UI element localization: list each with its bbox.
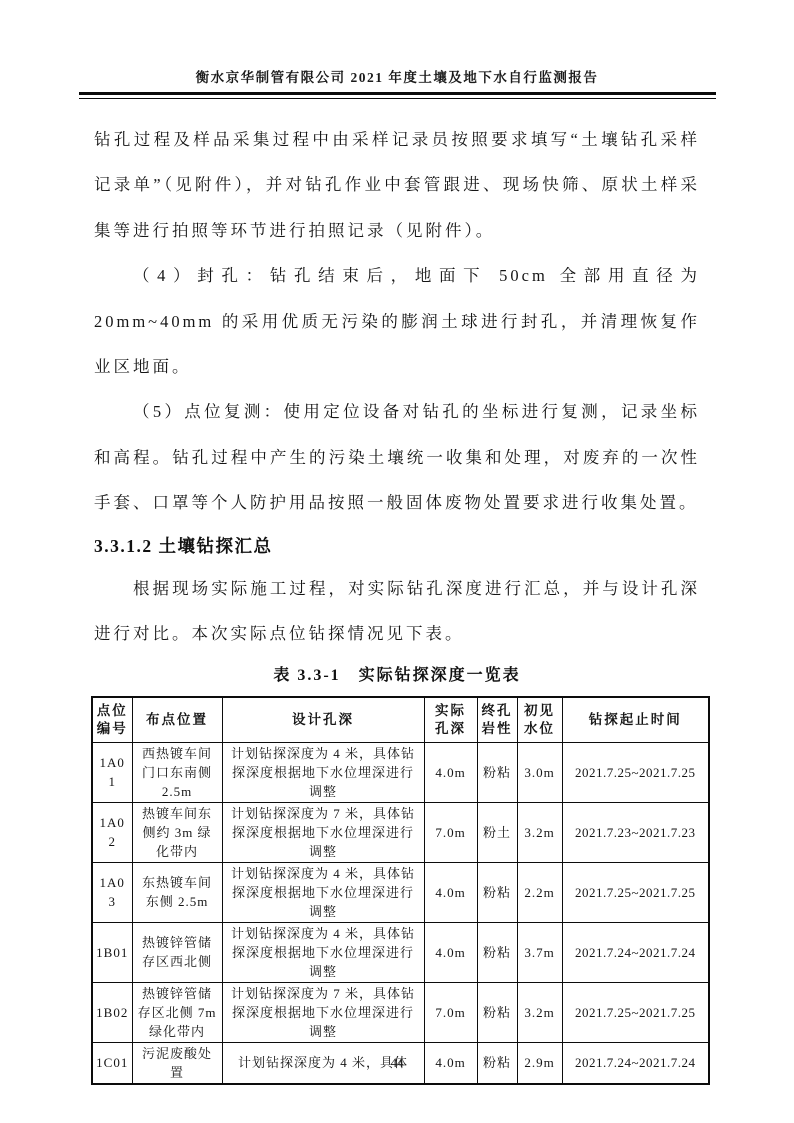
cell-point-id: 1B02 [92,982,132,1042]
cell-water-level: 3.2m [517,982,562,1042]
cell-location: 东热镀车间东侧 2.5m [132,862,222,922]
cell-drill-dates: 2021.7.25~2021.7.25 [562,982,709,1042]
drill-depth-table: 点位编号布点位置设计孔深实际孔深终孔岩性初见水位钻探起止时间 1A01西热镀车间… [91,696,710,1085]
cell-location: 热镀车间东侧约 3m 绿化带内 [132,802,222,862]
top-spacer [94,98,700,117]
cell-final-lithology: 粉粘 [477,922,517,982]
table-row-1A03: 1A03东热镀车间东侧 2.5m计划钻探深度为 4 米，具体钻探深度根据地下水位… [92,862,709,922]
paragraph-drilling-records: 钻孔过程及样品采集过程中由采样记录员按照要求填写“土壤钻孔采样记录单”（见附件）… [94,117,700,253]
cell-drill-dates: 2021.7.24~2021.7.24 [562,922,709,982]
cell-actual-depth: 4.0m [424,742,477,802]
table-row-1B01: 1B01热镀锌管储存区西北侧计划钻探深度为 4 米，具体钻探深度根据地下水位埋深… [92,922,709,982]
cell-drill-dates: 2021.7.25~2021.7.25 [562,742,709,802]
column-header-1: 布点位置 [132,697,222,742]
cell-drill-dates: 2021.7.25~2021.7.25 [562,862,709,922]
cell-design-depth: 计划钻探深度为 4 米，具体钻探深度根据地下水位埋深进行调整 [222,922,424,982]
report-header-title: 衡水京华制管有限公司 2021 年度土壤及地下水自行监测报告 [0,0,794,86]
paragraph-position-recheck: （5）点位复测：使用定位设备对钻孔的坐标进行复测，记录坐标和高程。钻孔过程中产生… [94,389,700,525]
column-header-2: 设计孔深 [222,697,424,742]
table-row-1A02: 1A02热镀车间东侧约 3m 绿化带内计划钻探深度为 7 米，具体钻探深度根据地… [92,802,709,862]
cell-actual-depth: 7.0m [424,802,477,862]
column-header-0: 点位编号 [92,697,132,742]
table-header-row: 点位编号布点位置设计孔深实际孔深终孔岩性初见水位钻探起止时间 [92,697,709,742]
document-page: 衡水京华制管有限公司 2021 年度土壤及地下水自行监测报告 钻孔过程及样品采集… [0,0,794,1123]
paragraph-hole-sealing: （4）封孔：钻孔结束后，地面下 50cm 全部用直径为 20mm~40mm 的采… [94,253,700,389]
cell-actual-depth: 7.0m [424,982,477,1042]
cell-actual-depth: 4.0m [424,922,477,982]
column-header-6: 钻探起止时间 [562,697,709,742]
cell-design-depth: 计划钻探深度为 7 米，具体钻探深度根据地下水位埋深进行调整 [222,982,424,1042]
cell-actual-depth: 4.0m [424,862,477,922]
cell-water-level: 3.7m [517,922,562,982]
column-header-3: 实际孔深 [424,697,477,742]
table-row-1B02: 1B02热镀锌管储存区北侧 7m 绿化带内计划钻探深度为 7 米，具体钻探深度根… [92,982,709,1042]
column-header-4: 终孔岩性 [477,697,517,742]
cell-point-id: 1B01 [92,922,132,982]
table-body: 1A01西热镀车间门口东南侧 2.5m计划钻探深度为 4 米，具体钻探深度根据地… [92,742,709,1084]
cell-design-depth: 计划钻探深度为 4 米，具体钻探深度根据地下水位埋深进行调整 [222,742,424,802]
cell-final-lithology: 粉粘 [477,742,517,802]
cell-design-depth: 计划钻探深度为 4 米，具体钻探深度根据地下水位埋深进行调整 [222,862,424,922]
cell-water-level: 3.2m [517,802,562,862]
cell-point-id: 1A03 [92,862,132,922]
cell-location: 西热镀车间门口东南侧 2.5m [132,742,222,802]
table-head: 点位编号布点位置设计孔深实际孔深终孔岩性初见水位钻探起止时间 [92,697,709,742]
page-header: 衡水京华制管有限公司 2021 年度土壤及地下水自行监测报告 [0,0,794,99]
cell-drill-dates: 2021.7.23~2021.7.23 [562,802,709,862]
cell-point-id: 1A02 [92,802,132,862]
paragraph-summary-intro: 根据现场实际施工过程，对实际钻孔深度进行汇总，并与设计孔深进行对比。本次实际点位… [94,566,700,657]
cell-final-lithology: 粉土 [477,802,517,862]
table-title: 表 3.3-1 实际钻探深度一览表 [94,656,700,696]
table-row-1A01: 1A01西热镀车间门口东南侧 2.5m计划钻探深度为 4 米，具体钻探深度根据地… [92,742,709,802]
document-body: 钻孔过程及样品采集过程中由采样记录员按照要求填写“土壤钻孔采样记录单”（见附件）… [94,98,700,1085]
page-number: 44 [0,1056,794,1071]
cell-final-lithology: 粉粘 [477,982,517,1042]
cell-water-level: 3.0m [517,742,562,802]
cell-design-depth: 计划钻探深度为 7 米，具体钻探深度根据地下水位埋深进行调整 [222,802,424,862]
cell-water-level: 2.2m [517,862,562,922]
column-header-5: 初见水位 [517,697,562,742]
cell-location: 热镀锌管储存区北侧 7m 绿化带内 [132,982,222,1042]
section-heading-3-3-1-2: 3.3.1.2 土壤钻探汇总 [94,526,700,566]
cell-point-id: 1A01 [92,742,132,802]
cell-location: 热镀锌管储存区西北侧 [132,922,222,982]
cell-final-lithology: 粉粘 [477,862,517,922]
